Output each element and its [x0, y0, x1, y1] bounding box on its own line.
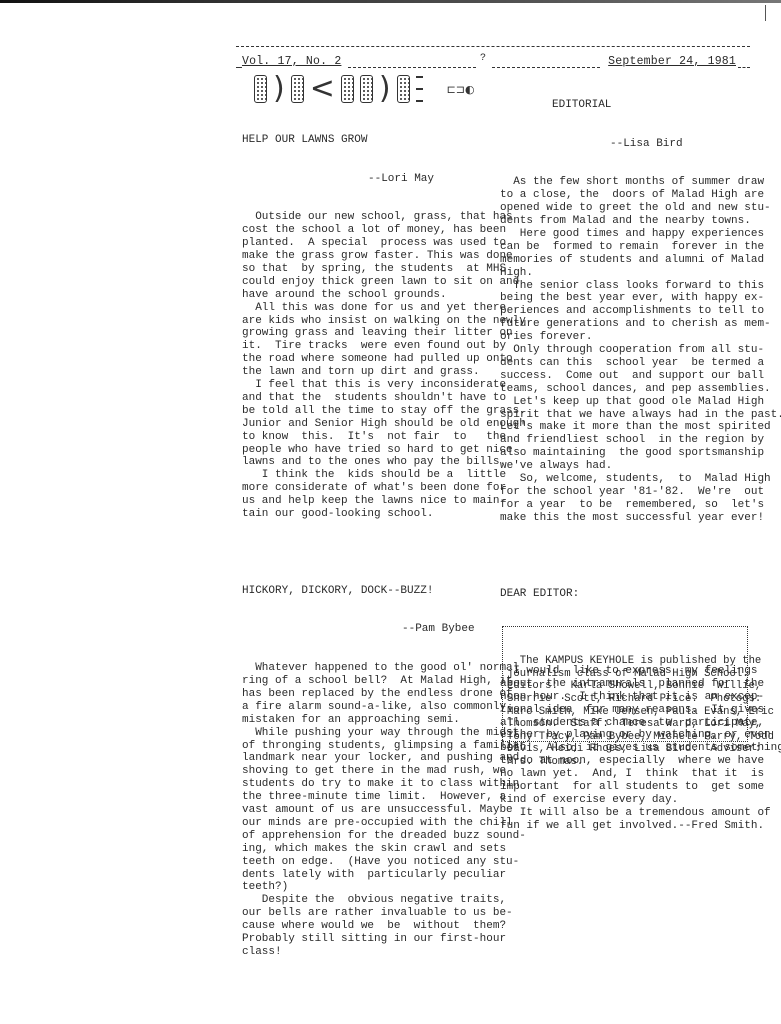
article-title: EDITORIAL	[500, 99, 752, 112]
text-line: and that the students shouldn't have to	[242, 392, 494, 405]
text-line: us and help keep the lawns nice to main-	[242, 495, 494, 508]
left-column: HELP OUR LAWNS GROW --Lori May Outside o…	[242, 108, 494, 972]
text-line: Mrs. Thomas.	[507, 756, 744, 769]
text-line: important for all students to get some	[500, 781, 752, 794]
text-line: All this was done for us and yet there	[242, 302, 494, 315]
article-byline: --Lori May	[242, 173, 494, 186]
text-line: it. Tire tracks were even found out by	[242, 340, 494, 353]
text-line: The senior class looks forward to this	[500, 280, 752, 293]
text-line: people who have tried so hard to get nic…	[242, 444, 494, 457]
text-line: mistaken for an approaching semi.	[242, 714, 494, 727]
logo-letter-block	[254, 75, 267, 103]
text-line: Junior and Senior High should be old eno…	[242, 418, 494, 431]
text-line: memories of students and alumni of Malad	[500, 254, 752, 267]
text-line: Let's make it more than the most spirite…	[500, 421, 752, 434]
issue-date: September 24, 1981	[608, 55, 736, 68]
text-line: As the few short months of summer draw	[500, 176, 752, 189]
text-line: ring of a school bell? At Malad High, it	[242, 675, 494, 688]
text-line: Whatever happened to the good ol' normal	[242, 662, 494, 675]
spacer	[500, 551, 752, 563]
dash-fill	[348, 67, 476, 68]
text-line: success. Come out and support our ball	[500, 370, 752, 383]
text-line: dents from Malad and the nearby towns.	[500, 215, 752, 228]
logo-letter-block	[360, 75, 373, 103]
logo-dashes	[416, 76, 423, 102]
logo-paren: <	[310, 75, 335, 103]
text-line: to a close, the doors of Malad High are	[500, 189, 752, 202]
scan-edge	[0, 0, 781, 3]
text-line: for the school year '81-'82. We're out	[500, 486, 752, 499]
text-line: ories forever.	[500, 331, 752, 344]
text-line: vast amount of us are unsuccessful. Mayb…	[242, 804, 494, 817]
text-line: landmark near your locker, and pushing a…	[242, 752, 494, 765]
text-line: fun if we all get involved.--Fred Smith.	[500, 820, 752, 833]
text-line: teeth?)	[242, 881, 494, 894]
text-line: students do try to make it to class with…	[242, 778, 494, 791]
text-line: I think the kids should be a little	[242, 469, 494, 482]
text-line: to know this. It's not fair to the	[242, 431, 494, 444]
logo-paren: )	[379, 75, 391, 103]
text-line: class!	[242, 946, 494, 959]
dash-fill	[492, 67, 600, 68]
text-line: Probably still sitting in our first-hour	[242, 933, 494, 946]
text-line: High.	[500, 267, 752, 280]
text-line: dents can this school year be termed a	[500, 357, 752, 370]
staff-box: The KAMPUS KEYHOLE is published by thejo…	[502, 626, 748, 742]
text-line: being the best year ever, with happy ex-	[500, 292, 752, 305]
text-line: Editors: Karla Showell, Bonnie Willie,	[507, 680, 744, 693]
logo-paren: )	[273, 75, 285, 103]
scan-mark	[765, 5, 766, 21]
staff-credits: The KAMPUS KEYHOLE is published by thejo…	[507, 655, 744, 768]
text-line: While pushing your way through the midst	[242, 727, 494, 740]
text-line: teeth on edge. (Have you noticed any stu…	[242, 856, 494, 869]
text-line: can be formed to remain forever in the	[500, 241, 752, 254]
text-line: the road where someone had pulled up ont…	[242, 353, 494, 366]
text-line: The KAMPUS KEYHOLE is published by the	[507, 655, 744, 668]
text-line: be told all the time to stay off the gra…	[242, 405, 494, 418]
spacer	[242, 547, 494, 559]
text-line: teams, school dances, and pep assemblies…	[500, 383, 752, 396]
text-line: our bells are rather invaluable to us be…	[242, 907, 494, 920]
text-line: Here good times and happy experiences	[500, 228, 752, 241]
text-line: has been replaced by the endless drone o…	[242, 688, 494, 701]
text-line: ing, which makes the skin crawl and sets	[242, 843, 494, 856]
text-line: could enjoy thick green lawn to sit on a…	[242, 276, 494, 289]
logo-letter-block	[397, 75, 410, 103]
article-title: HICKORY, DICKORY, DOCK--BUZZ!	[242, 585, 494, 598]
top-dashed-rule	[236, 46, 750, 47]
dash-fill	[738, 67, 750, 68]
text-line: of apprehension for the dreaded buzz sou…	[242, 830, 494, 843]
text-line: Outside our new school, grass, that has	[242, 211, 494, 224]
text-line: the lawn and torn up dirt and grass.	[242, 366, 494, 379]
text-line: dents lately with particularly peculiar	[242, 869, 494, 882]
article-byline: --Pam Bybee	[242, 623, 494, 636]
text-line: of thronging students, glimpsing a famil…	[242, 740, 494, 753]
text-line: the three-minute time limit. However, a	[242, 791, 494, 804]
text-line: so that by spring, the students at MHS	[242, 263, 494, 276]
text-line: growing grass and leaving their litter o…	[242, 327, 494, 340]
article-body: Whatever happened to the good ol' normal…	[242, 662, 494, 959]
text-line: a fire alarm sound-a-like, also commonly	[242, 701, 494, 714]
text-line: our minds are pre-occupied with the chil…	[242, 817, 494, 830]
text-line: also maintaining the good sportsmanship	[500, 447, 752, 460]
text-line: future generations and to cherish as mem…	[500, 318, 752, 331]
article-title: HELP OUR LAWNS GROW	[242, 134, 494, 147]
text-line: spirit that we have always had in the pa…	[500, 409, 752, 422]
text-line: make the grass grow faster. This was don…	[242, 250, 494, 263]
page-mark: ?	[480, 53, 486, 64]
text-line: lawns and to the ones who pay the bills.	[242, 456, 494, 469]
text-line: tain our good-looking school.	[242, 508, 494, 521]
text-line: are kids who insist on walking on the ne…	[242, 315, 494, 328]
text-line: planted. A special process was used to	[242, 237, 494, 250]
text-line: more considerate of what's been done for	[242, 482, 494, 495]
text-line: Sherrie Scott, Richard Price. Photogs:	[507, 693, 744, 706]
text-line: and friendliest school in the region by	[500, 434, 752, 447]
text-line: for a year to be remembered, so let's	[500, 499, 752, 512]
text-line: So, welcome, students, to Malad High	[500, 473, 752, 486]
text-line: Davis, Heidi Rhoes, Lisa Bird. Adviser:	[507, 743, 744, 756]
article-byline: --Lisa Bird	[500, 138, 752, 151]
article-body: As the few short months of summer drawto…	[500, 176, 752, 524]
text-line: make this the most successful year ever!	[500, 512, 752, 525]
text-line: we've always had.	[500, 460, 752, 473]
text-line: Marc Smith, Mike Jensen, Paula Evans, Er…	[507, 706, 744, 719]
text-line: I feel that this is very inconsiderate	[242, 379, 494, 392]
text-line: journalism class of Malad High School.	[507, 668, 744, 681]
text-line: Tony Tracy, Pam Bybee, Michele Parry, To…	[507, 731, 744, 744]
text-line: kind of exercise every day.	[500, 794, 752, 807]
text-line: cause where would we be without them?	[242, 920, 494, 933]
logo-letter-block	[291, 75, 304, 103]
text-line: Only through cooperation from all stu-	[500, 344, 752, 357]
text-line: cost the school a lot of money, has been	[242, 224, 494, 237]
article-title: DEAR EDITOR:	[500, 588, 752, 601]
text-line: shoving to get there in the mad rush, we	[242, 765, 494, 778]
text-line: Let's keep up that good ole Malad High	[500, 396, 752, 409]
text-line: periences and accomplishments to tell to	[500, 305, 752, 318]
text-line: have around the school grounds.	[242, 289, 494, 302]
keyhole-icon: ⊏⊐◐	[447, 83, 475, 96]
logo-letter-block	[341, 75, 354, 103]
issue-header: Vol. 17, No. 2 ? September 24, 1981	[236, 55, 750, 71]
text-line: Despite the obvious negative traits,	[242, 894, 494, 907]
text-line: opened wide to greet the old and new stu…	[500, 202, 752, 215]
text-line: Thomson. Staff: Teresa Ward, Lori May,	[507, 718, 744, 731]
masthead-logo: ) < ) ⊏⊐◐	[254, 72, 475, 106]
volume-number: Vol. 17, No. 2	[242, 55, 341, 68]
text-line: It will also be a tremendous amount of	[500, 807, 752, 820]
article-body: Outside our new school, grass, that hasc…	[242, 211, 494, 521]
